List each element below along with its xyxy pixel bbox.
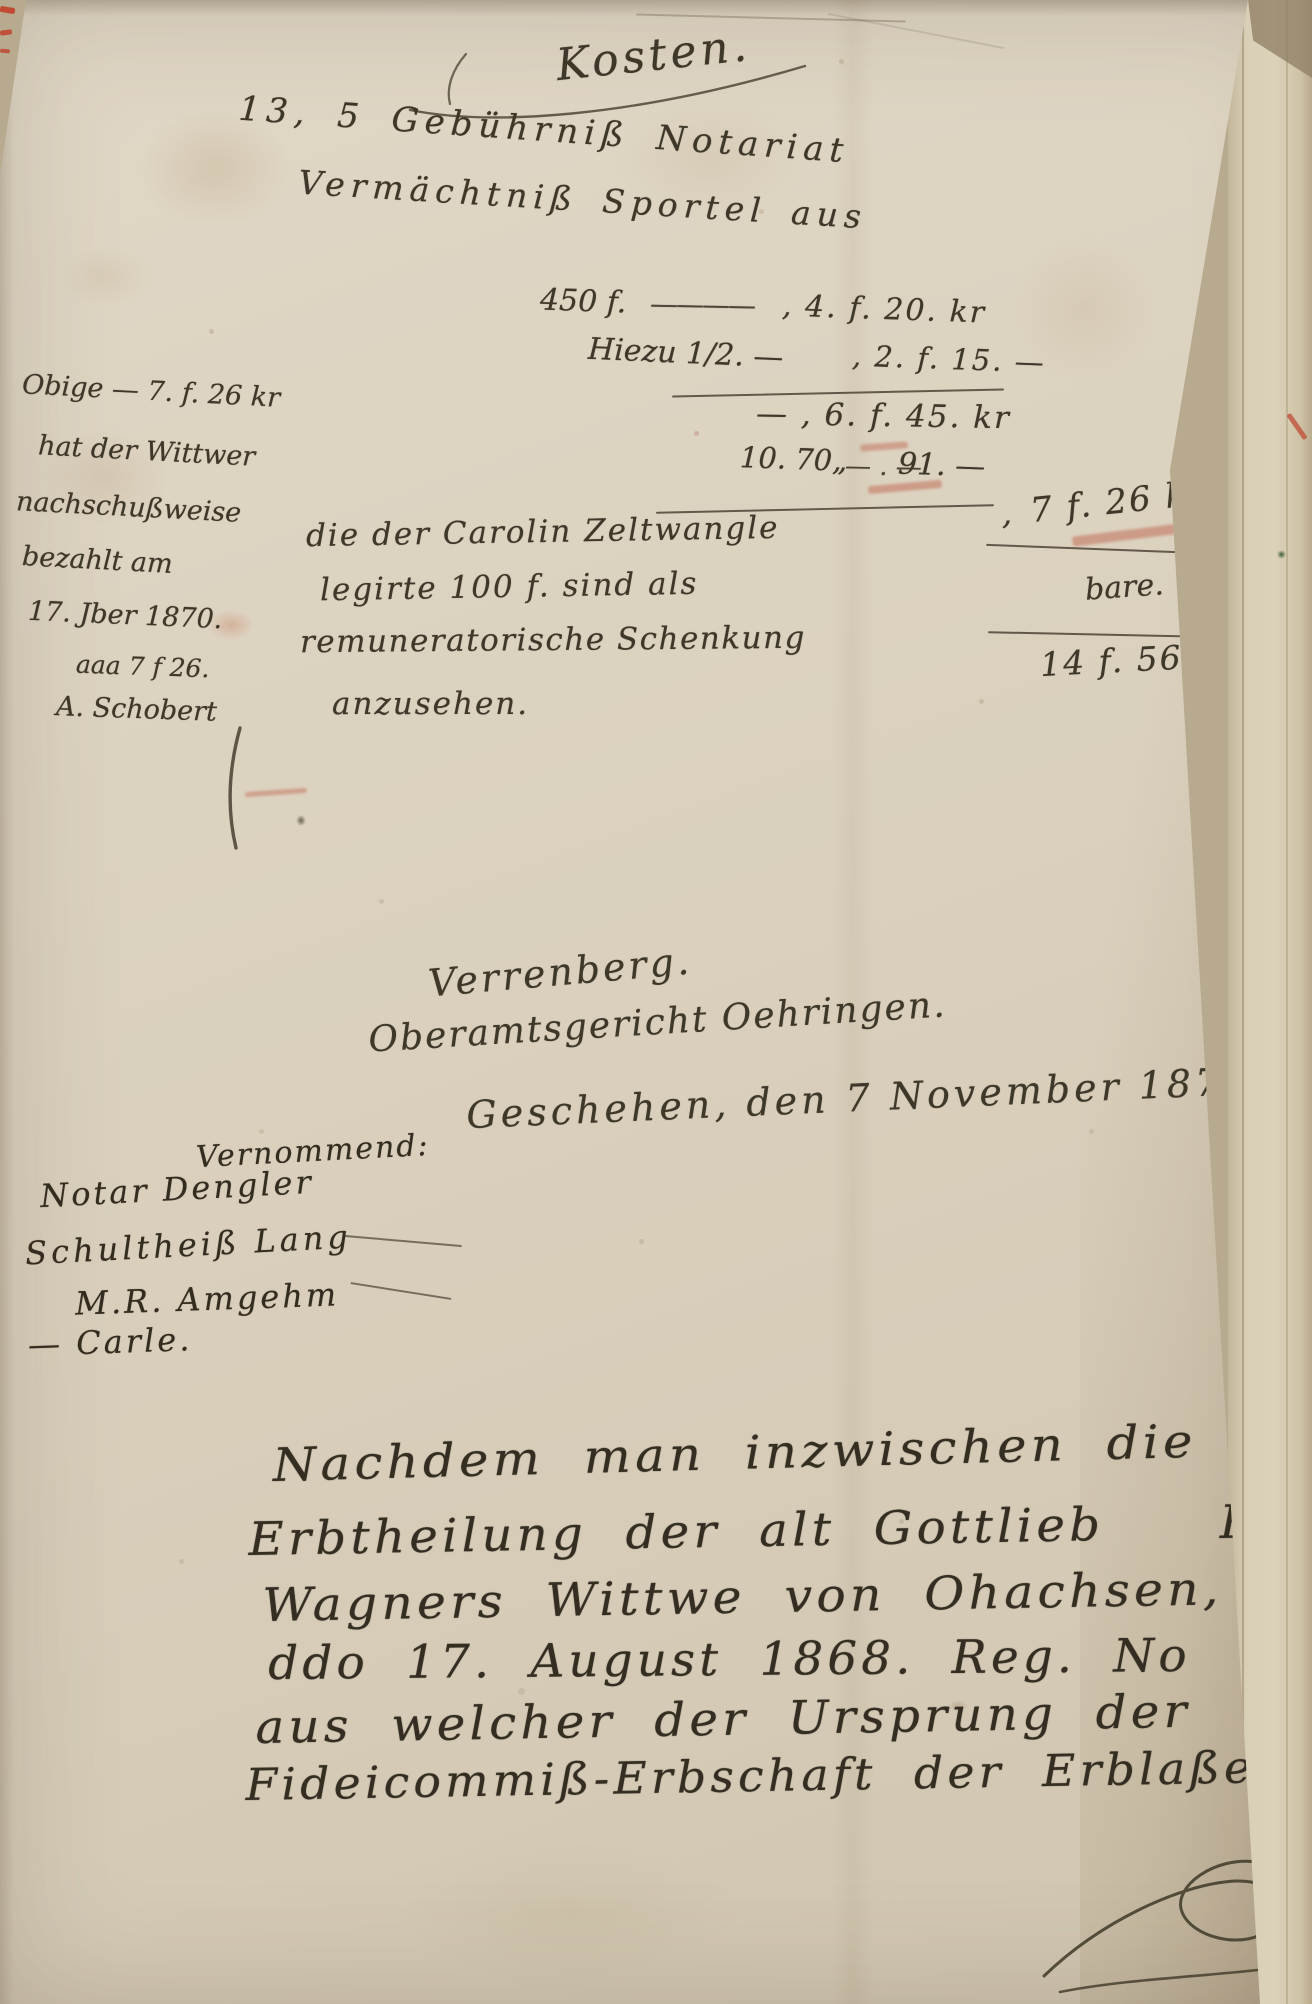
legacy-note-line: remuneratorische Schenkung xyxy=(300,620,806,660)
carry-amount: 91. — xyxy=(897,446,985,484)
margin-note-line: Obige — 7. f. 26 kr xyxy=(21,369,281,413)
body-line: ddo 17. August 1868. Reg. No 787. xyxy=(268,1626,1312,1690)
margin-signature: A. Schobert xyxy=(56,691,218,728)
ink-dot xyxy=(296,815,306,826)
page-shadow xyxy=(0,0,14,2004)
legacy-note-line: anzusehen. xyxy=(332,686,529,722)
signature-name: — Carle. xyxy=(27,1320,193,1364)
red-edge-mark xyxy=(0,49,10,54)
margin-note-line: 17. Jber 1870. xyxy=(27,596,223,635)
red-edge-mark xyxy=(0,29,12,35)
signature-name: Schultheiß Lang xyxy=(24,1217,352,1272)
page-edge-line xyxy=(1286,0,1288,2004)
cost-row-dashes: ———— xyxy=(650,287,755,322)
subtotal-amount: — , 6. f. 45. kr xyxy=(756,396,1011,436)
signature-name: M.R. Amgehm xyxy=(74,1275,339,1322)
legacy-note-line: legirte 100 f. sind als xyxy=(320,566,699,609)
red-edge-mark xyxy=(0,6,15,14)
manuscript-page: Kosten. 13, 5 Gebührniß Notariat Vermäch… xyxy=(0,0,1312,2004)
paper-speckles xyxy=(0,0,3,3)
cost-row-label: Hiezu 1/2. — xyxy=(587,332,784,375)
body-line: aus welcher der Ursprung der xyxy=(255,1684,1191,1754)
manuscript-photo: Kosten. 13, 5 Gebührniß Notariat Vermäch… xyxy=(0,0,1312,2004)
body-line: Nachdem man inzwischen die xyxy=(272,1414,1197,1492)
signature-name: Notar Dengler xyxy=(39,1163,314,1215)
cost-row-label: 450 f. xyxy=(539,283,627,321)
ink-speck xyxy=(1277,550,1286,559)
red-pencil-mark xyxy=(868,480,942,494)
paper-stain xyxy=(400,1840,740,1990)
signature-flourish xyxy=(344,1235,462,1247)
legacy-note-line: die der Carolin Zeltwangle xyxy=(306,510,780,554)
margin-note-line: aaa 7 f 26. xyxy=(76,650,210,684)
body-line: Wagners Wittwe von Ohachsen, xyxy=(262,1561,1223,1632)
place-name: Verrenberg. xyxy=(427,939,694,1006)
total-comma: , xyxy=(1002,494,1012,532)
carry-label: 10. 70„ xyxy=(739,440,847,478)
total-note: bare. xyxy=(1084,567,1165,607)
signature-flourish xyxy=(350,1282,451,1300)
final-total-amount: 14 f. 56 kr xyxy=(1039,635,1236,684)
paper-stain xyxy=(58,246,153,308)
cost-row-amount: , 2. f. 15. — xyxy=(851,339,1046,380)
cost-row-amount: , 4. f. 20. kr xyxy=(781,288,986,330)
margin-note-line: bezahlt am xyxy=(21,541,173,580)
margin-note-line: nachschußweise xyxy=(15,486,242,529)
